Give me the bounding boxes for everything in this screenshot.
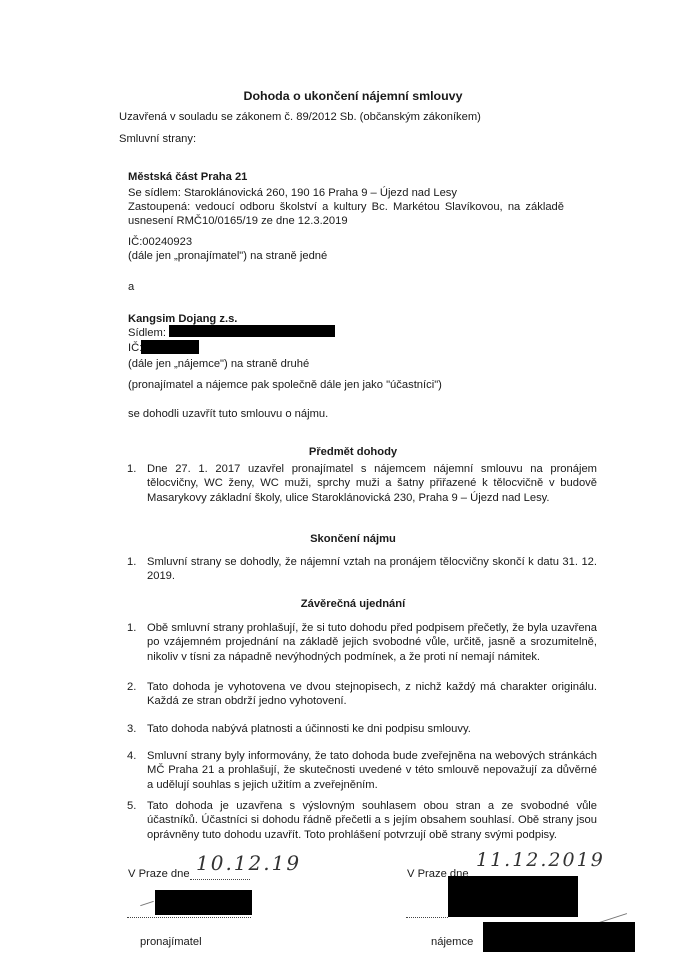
- item-text: Tato dohoda nabývá platnosti a účinnosti…: [147, 722, 597, 736]
- item-text: Obě smluvní strany prohlašují, že si tut…: [147, 621, 597, 664]
- item-text: Smluvní strany se dohodly, že nájemní vz…: [147, 555, 597, 584]
- redacted-stamp-right: [448, 876, 578, 917]
- signature-stroke: [140, 901, 154, 906]
- list-item: 1. Dne 27. 1. 2017 uzavřel pronajímatel …: [127, 462, 597, 505]
- party1-represented-1: Zastoupená: vedoucí odboru školství a ku…: [128, 200, 564, 214]
- item-number: 2.: [127, 680, 136, 694]
- redacted-signature-left: [155, 890, 252, 915]
- redacted-seat: [169, 325, 335, 337]
- list-item: 3. Tato dohoda nabývá platnosti a účinno…: [127, 722, 597, 736]
- item-text: Tato dohoda je uzavřena s výslovným souh…: [147, 799, 597, 842]
- redacted-signature-right: [483, 922, 635, 952]
- left-date-dotted-line: [190, 879, 250, 880]
- list-item: 1. Obě smluvní strany prohlašují, že si …: [127, 621, 597, 664]
- item-text: Tato dohoda je vyhotovena ve dvou stejno…: [147, 680, 597, 709]
- item-number: 5.: [127, 799, 136, 813]
- left-signature-line: [127, 917, 251, 918]
- party1-role: (dále jen „pronajímatel") na straně jedn…: [128, 249, 327, 263]
- item-number: 1.: [127, 621, 136, 635]
- party1-name: Městská část Praha 21: [128, 170, 247, 184]
- item-text: Dne 27. 1. 2017 uzavřel pronajímatel s n…: [147, 462, 597, 505]
- item-number: 4.: [127, 749, 136, 763]
- party2-role: (dále jen „nájemce") na straně druhé: [128, 357, 309, 371]
- party1-ic: IČ:00240923: [128, 235, 192, 249]
- document-title: Dohoda o ukončení nájemní smlouvy: [0, 89, 678, 103]
- left-place-label: V Praze dne: [128, 867, 190, 881]
- redacted-ic: [141, 340, 199, 354]
- list-item: 5. Tato dohoda je uzavřena s výslovným s…: [127, 799, 597, 842]
- party1-represented-2: usnesení RMČ10/0165/19 ze dne 12.3.2019: [128, 214, 348, 228]
- right-role: nájemce: [431, 935, 473, 949]
- item-number: 1.: [127, 555, 136, 569]
- party2-seat-label: Sídlem:: [128, 326, 166, 340]
- party2-joint: (pronajímatel a nájemce pak společně dál…: [128, 378, 442, 392]
- right-signature-line: [406, 917, 448, 918]
- list-item: 2. Tato dohoda je vyhotovena ve dvou ste…: [127, 680, 597, 709]
- left-handwritten-date: 10.12.19: [196, 851, 301, 875]
- right-handwritten-date: 11.12.2019: [476, 849, 605, 871]
- item-number: 3.: [127, 722, 136, 736]
- conjunction: a: [128, 280, 134, 294]
- section-heading-termination: Skončení nájmu: [0, 533, 678, 545]
- item-number: 1.: [127, 462, 136, 476]
- list-item: 4. Smluvní strany byly informovány, že t…: [127, 749, 597, 792]
- left-role: pronajímatel: [140, 935, 202, 949]
- party1-seat: Se sídlem: Staroklánovická 260, 190 16 P…: [128, 186, 457, 200]
- parties-label: Smluvní strany:: [119, 132, 196, 146]
- item-text: Smluvní strany byly informovány, že tato…: [147, 749, 597, 792]
- list-item: 1. Smluvní strany se dohodly, že nájemní…: [127, 555, 597, 584]
- party2-name: Kangsim Dojang z.s.: [128, 312, 237, 326]
- section-heading-subject: Předmět dohody: [0, 446, 678, 458]
- document-subtitle: Uzavřená v souladu se zákonem č. 89/2012…: [119, 110, 481, 124]
- section-heading-final: Závěrečná ujednání: [0, 598, 678, 610]
- agreed-text: se dohodli uzavřít tuto smlouvu o nájmu.: [128, 407, 328, 421]
